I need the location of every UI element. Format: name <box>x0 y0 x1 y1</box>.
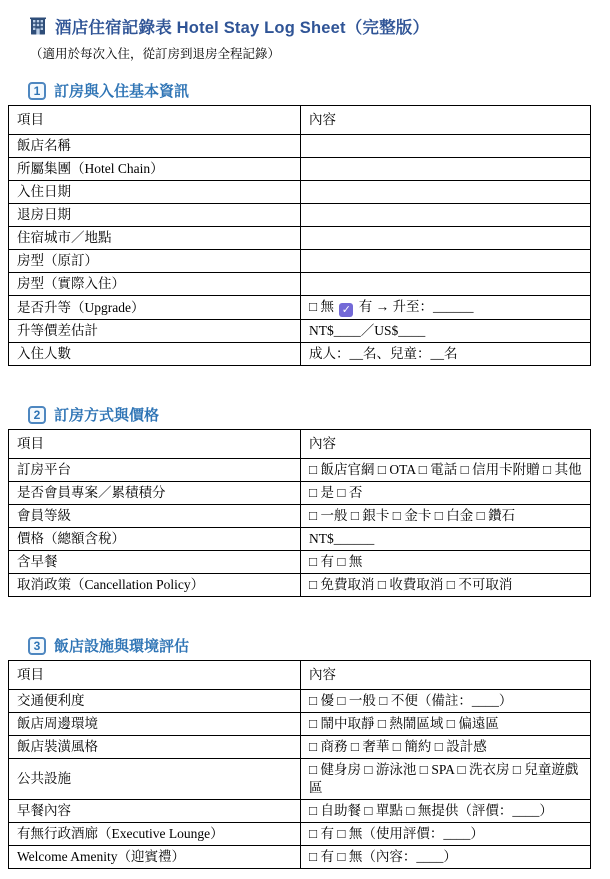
table-row: 飯店裝潢風格□ 商務 □ 奢華 □ 簡約 □ 設計感 <box>9 736 591 759</box>
section-title: 訂房與入住基本資訊 <box>54 80 189 101</box>
content-cell <box>301 135 591 158</box>
table-row: 會員等級□ 一般 □ 銀卡 □ 金卡 □ 白金 □ 鑽石 <box>9 505 591 528</box>
table-row: 公共設施□ 健身房 □ 游泳池 □ SPA □ 洗衣房 □ 兒童遊戲區 <box>9 759 591 800</box>
section-2: 2訂房方式與價格項目內容訂房平台□ 飯店官網 □ OTA □ 電話 □ 信用卡附… <box>8 404 600 597</box>
section-3: 3飯店設施與環境評估項目內容交通便利度□ 優 □ 一般 □ 不便（備註：____… <box>8 635 600 869</box>
content-cell[interactable]: □ 優 □ 一般 □ 不便（備註：____） <box>301 690 591 713</box>
column-header: 項目 <box>9 661 301 690</box>
column-header: 內容 <box>301 661 591 690</box>
building-icon <box>28 16 48 36</box>
table-row: 交通便利度□ 優 □ 一般 □ 不便（備註：____） <box>9 690 591 713</box>
page-title: 酒店住宿記錄表 Hotel Stay Log Sheet（完整版） <box>55 14 429 38</box>
item-cell: 價格（總額含稅） <box>9 528 301 551</box>
item-cell: 房型（原訂） <box>9 250 301 273</box>
content-cell[interactable]: □ 飯店官網 □ OTA □ 電話 □ 信用卡附贈 □ 其他 <box>301 459 591 482</box>
table-row: Welcome Amenity（迎賓禮）□ 有 □ 無（內容：____） <box>9 846 591 869</box>
document-header: 酒店住宿記錄表 Hotel Stay Log Sheet（完整版） <box>28 14 600 38</box>
table-header-row: 項目內容 <box>9 430 591 459</box>
content-cell[interactable]: □ 鬧中取靜 □ 熱鬧區域 □ 偏遠區 <box>301 713 591 736</box>
item-cell: 房型（實際入住） <box>9 273 301 296</box>
item-cell: 含早餐 <box>9 551 301 574</box>
item-cell: 所屬集團（Hotel Chain） <box>9 158 301 181</box>
content-cell: NT$____／US$____ <box>301 320 591 343</box>
item-cell: 是否會員專案／累積積分 <box>9 482 301 505</box>
table-row: 是否會員專案／累積積分□ 是 □ 否 <box>9 482 591 505</box>
table-row: 入住人數成人：__名、兒童：__名 <box>9 343 591 366</box>
table-row: 取消政策（Cancellation Policy）□ 免費取消 □ 收費取消 □… <box>9 574 591 597</box>
item-cell: 會員等級 <box>9 505 301 528</box>
section-title: 訂房方式與價格 <box>54 404 159 425</box>
section-heading: 1訂房與入住基本資訊 <box>28 80 600 101</box>
table-header-row: 項目內容 <box>9 106 591 135</box>
column-header: 項目 <box>9 106 301 135</box>
table-row: 房型（原訂） <box>9 250 591 273</box>
section-heading: 3飯店設施與環境評估 <box>28 635 600 656</box>
table-row: 住宿城市／地點 <box>9 227 591 250</box>
content-cell[interactable]: □ 無 ✓ 有 → 升至：______ <box>301 296 591 320</box>
page-subtitle: （適用於每次入住，從訂房到退房全程記錄） <box>30 44 600 62</box>
item-cell: 取消政策（Cancellation Policy） <box>9 574 301 597</box>
checked-checkbox-icon[interactable]: ✓ <box>339 303 353 317</box>
section-heading: 2訂房方式與價格 <box>28 404 600 425</box>
table-row: 飯店周邊環境□ 鬧中取靜 □ 熱鬧區域 □ 偏遠區 <box>9 713 591 736</box>
content-cell <box>301 181 591 204</box>
content-cell <box>301 250 591 273</box>
item-cell: 飯店名稱 <box>9 135 301 158</box>
content-cell[interactable]: □ 一般 □ 銀卡 □ 金卡 □ 白金 □ 鑽石 <box>301 505 591 528</box>
table-header-row: 項目內容 <box>9 661 591 690</box>
table-row: 退房日期 <box>9 204 591 227</box>
section-number-badge: 1 <box>28 82 46 100</box>
column-header: 項目 <box>9 430 301 459</box>
table-row: 是否升等（Upgrade）□ 無 ✓ 有 → 升至：______ <box>9 296 591 320</box>
table-row: 早餐內容□ 自助餐 □ 單點 □ 無提供（評價：____） <box>9 800 591 823</box>
table-row: 房型（實際入住） <box>9 273 591 296</box>
item-cell: 有無行政酒廊（Executive Lounge） <box>9 823 301 846</box>
section-table: 項目內容飯店名稱所屬集團（Hotel Chain）入住日期退房日期住宿城市／地點… <box>8 105 591 366</box>
item-cell: Welcome Amenity（迎賓禮） <box>9 846 301 869</box>
content-cell <box>301 204 591 227</box>
item-cell: 升等價差估計 <box>9 320 301 343</box>
content-cell[interactable]: □ 有 □ 無（內容：____） <box>301 846 591 869</box>
item-cell: 入住日期 <box>9 181 301 204</box>
content-cell <box>301 227 591 250</box>
content-cell[interactable]: □ 健身房 □ 游泳池 □ SPA □ 洗衣房 □ 兒童遊戲區 <box>301 759 591 800</box>
item-cell: 飯店周邊環境 <box>9 713 301 736</box>
section-title: 飯店設施與環境評估 <box>54 635 189 656</box>
item-cell: 飯店裝潢風格 <box>9 736 301 759</box>
item-cell: 入住人數 <box>9 343 301 366</box>
item-cell: 早餐內容 <box>9 800 301 823</box>
table-row: 升等價差估計NT$____／US$____ <box>9 320 591 343</box>
item-cell: 公共設施 <box>9 759 301 800</box>
table-row: 訂房平台□ 飯店官網 □ OTA □ 電話 □ 信用卡附贈 □ 其他 <box>9 459 591 482</box>
content-cell: 成人：__名、兒童：__名 <box>301 343 591 366</box>
content-cell: NT$______ <box>301 528 591 551</box>
column-header: 內容 <box>301 106 591 135</box>
content-cell <box>301 158 591 181</box>
item-cell: 訂房平台 <box>9 459 301 482</box>
column-header: 內容 <box>301 430 591 459</box>
table-row: 有無行政酒廊（Executive Lounge）□ 有 □ 無（使用評價：___… <box>9 823 591 846</box>
item-cell: 退房日期 <box>9 204 301 227</box>
table-row: 含早餐□ 有 □ 無 <box>9 551 591 574</box>
hotel-stay-log-document: 酒店住宿記錄表 Hotel Stay Log Sheet（完整版） （適用於每次… <box>0 0 610 879</box>
section-number-badge: 2 <box>28 406 46 424</box>
table-row: 入住日期 <box>9 181 591 204</box>
item-cell: 交通便利度 <box>9 690 301 713</box>
content-cell[interactable]: □ 商務 □ 奢華 □ 簡約 □ 設計感 <box>301 736 591 759</box>
item-cell: 住宿城市／地點 <box>9 227 301 250</box>
table-row: 所屬集團（Hotel Chain） <box>9 158 591 181</box>
section-table: 項目內容訂房平台□ 飯店官網 □ OTA □ 電話 □ 信用卡附贈 □ 其他是否… <box>8 429 591 597</box>
item-cell: 是否升等（Upgrade） <box>9 296 301 320</box>
section-number-badge: 3 <box>28 637 46 655</box>
content-cell <box>301 273 591 296</box>
table-row: 價格（總額含稅）NT$______ <box>9 528 591 551</box>
content-cell[interactable]: □ 免費取消 □ 收費取消 □ 不可取消 <box>301 574 591 597</box>
sections-container: 1訂房與入住基本資訊項目內容飯店名稱所屬集團（Hotel Chain）入住日期退… <box>8 80 600 869</box>
content-cell[interactable]: □ 有 □ 無（使用評價：____） <box>301 823 591 846</box>
section-table: 項目內容交通便利度□ 優 □ 一般 □ 不便（備註：____）飯店周邊環境□ 鬧… <box>8 660 591 869</box>
table-row: 飯店名稱 <box>9 135 591 158</box>
section-1: 1訂房與入住基本資訊項目內容飯店名稱所屬集團（Hotel Chain）入住日期退… <box>8 80 600 366</box>
content-cell[interactable]: □ 有 □ 無 <box>301 551 591 574</box>
content-cell[interactable]: □ 是 □ 否 <box>301 482 591 505</box>
content-cell[interactable]: □ 自助餐 □ 單點 □ 無提供（評價：____） <box>301 800 591 823</box>
